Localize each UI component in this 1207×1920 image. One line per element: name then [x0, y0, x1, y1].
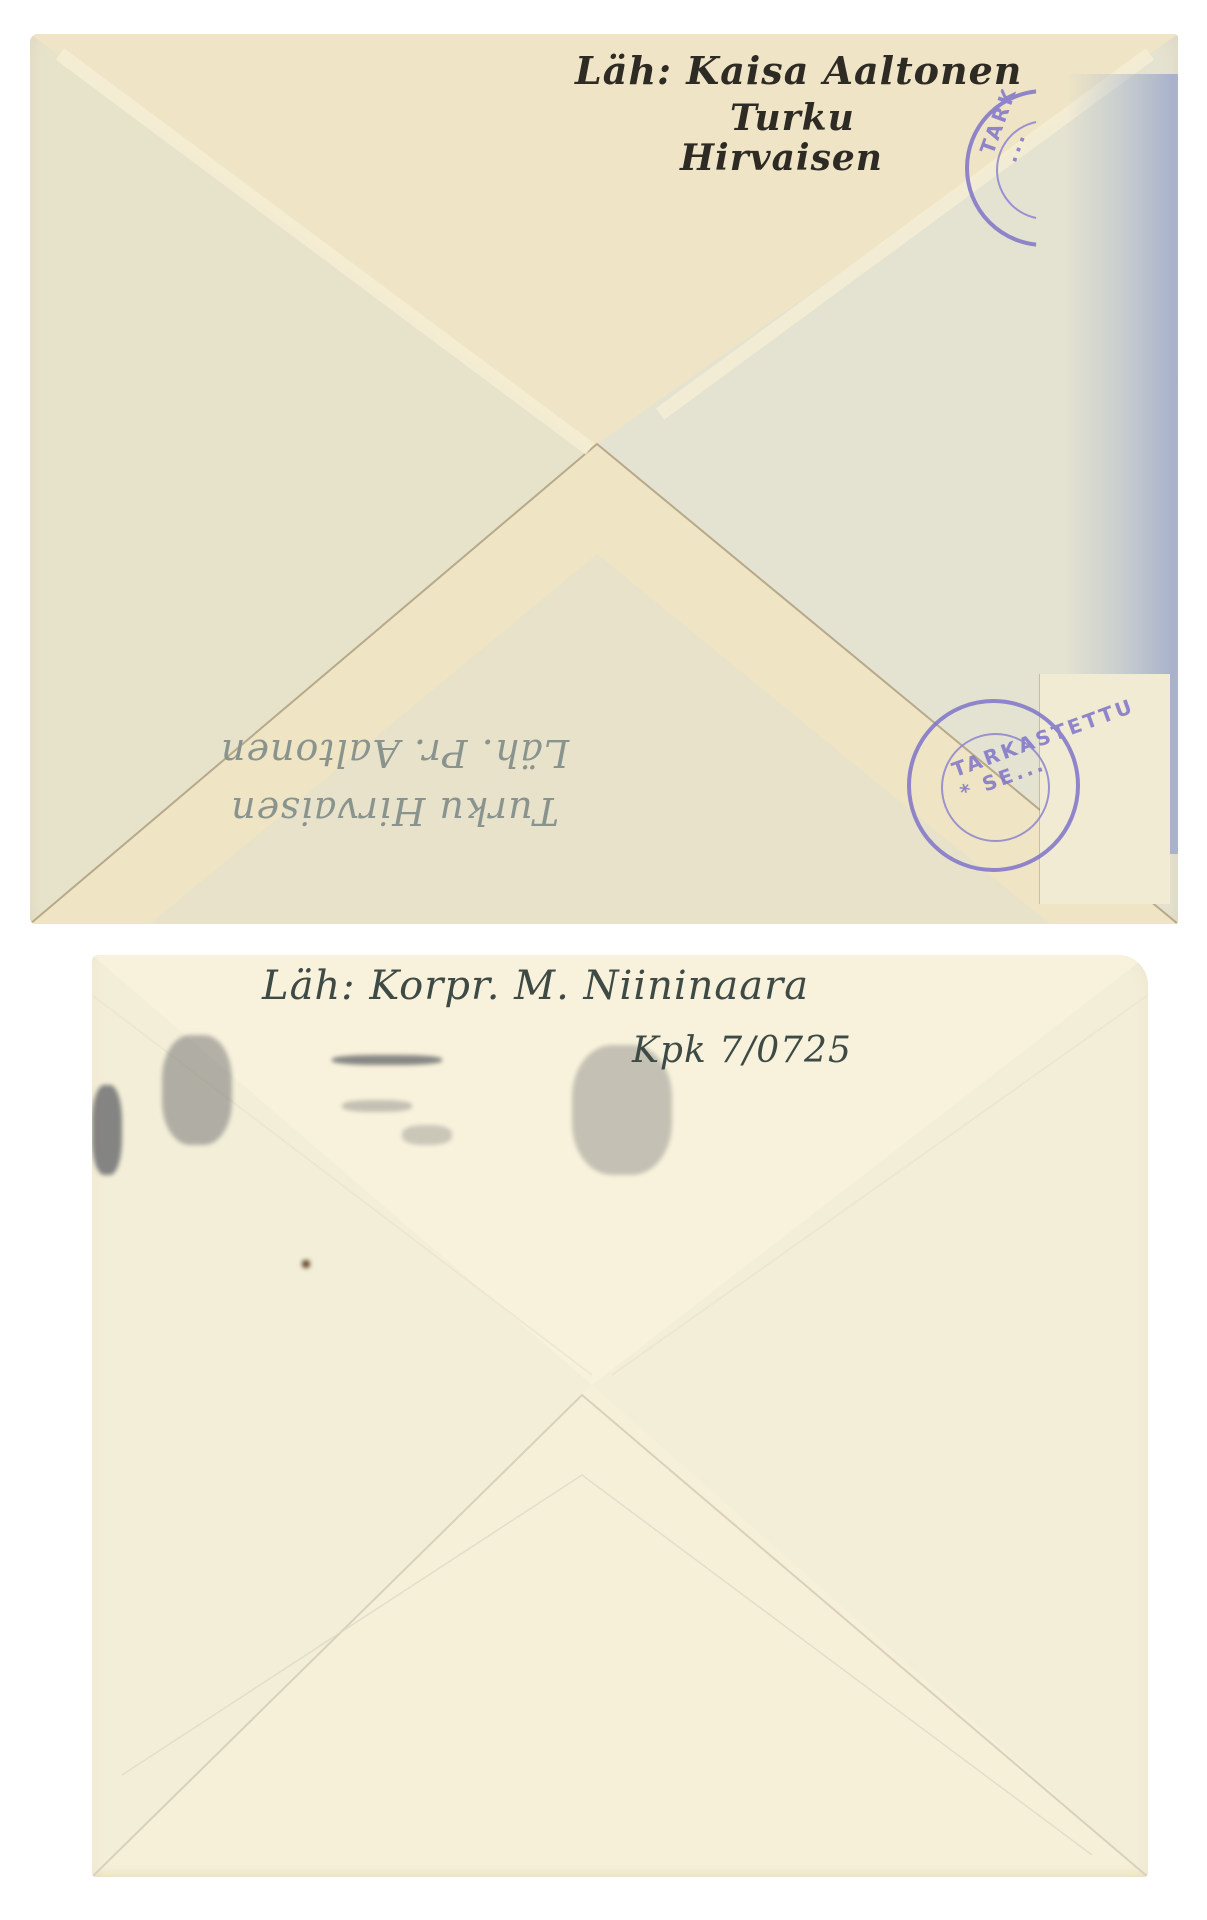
censor-stamp-bottom: TARKASTETTU * SE... [907, 699, 1080, 872]
postmark-smudge [402, 1125, 452, 1145]
sender-address: Hirvaisen [680, 137, 883, 179]
faded-line-2: Läh. Pr. Aaltonen [220, 724, 569, 782]
stain-spot [302, 1260, 310, 1268]
envelope-top: Läh: Kaisa Aaltonen Turku Hirvaisen Turk… [30, 34, 1178, 924]
faded-line-1: Turku Hirvaisen [220, 782, 569, 840]
sender-name: Läh: Kaisa Aaltonen [575, 48, 1022, 93]
envelope-bottom: Läh: Korpr. M. Niininaara Kpk 7/0725 [92, 955, 1148, 1877]
sender-unit: Kpk 7/0725 [632, 1030, 852, 1071]
postmark-smudge [342, 1100, 412, 1112]
faded-upside-down-address: Turku Hirvaisen Läh. Pr. Aaltonen [220, 724, 569, 840]
sender-city: Turku [730, 97, 855, 139]
sender-name: Läh: Korpr. M. Niininaara [262, 963, 809, 1009]
postmark-smudge [92, 1085, 122, 1175]
postmark-smudge [162, 1035, 232, 1145]
postmark-bar [332, 1055, 442, 1065]
